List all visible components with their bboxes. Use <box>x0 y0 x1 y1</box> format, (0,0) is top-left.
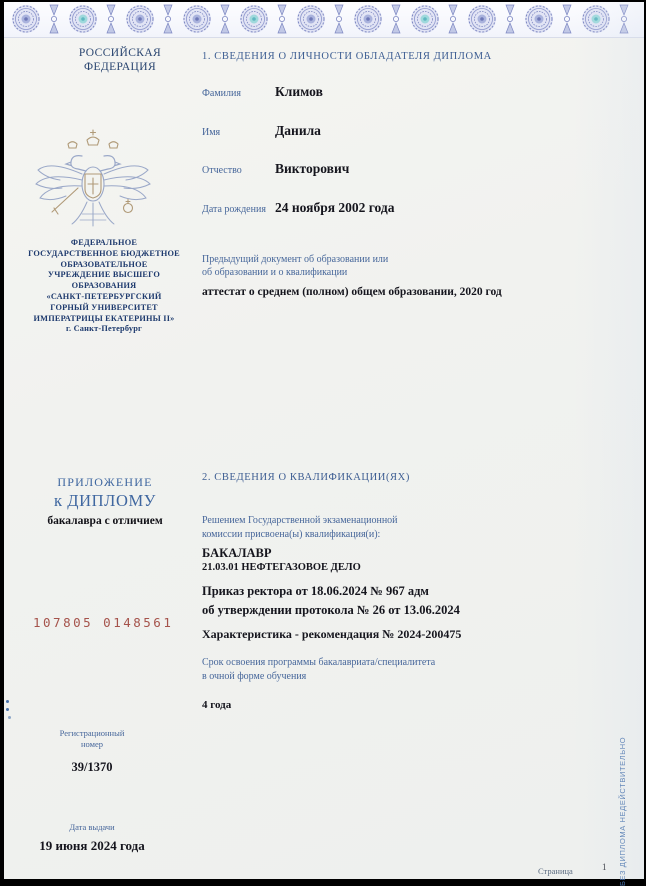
section2-title: 2. СВЕДЕНИЯ О КВАЛИФИКАЦИИ(ЯХ) <box>202 472 410 483</box>
field-value: 24 ноября 2002 года <box>275 200 395 216</box>
institution-line: ГОРНЫЙ УНИВЕРСИТЕТ <box>16 303 192 314</box>
institution-line: ИМПЕРАТРИЦЫ ЕКАТЕРИНЫ II» <box>16 314 192 325</box>
program-code-and-name: 21.03.01 НЕФТЕГАЗОВОЕ ДЕЛО <box>202 562 361 573</box>
field-value: Данила <box>275 123 321 139</box>
field-label: Фамилия <box>202 88 275 99</box>
field-firstname: Имя Данила <box>202 123 602 162</box>
state-emblem <box>30 126 156 243</box>
section1-title: 1. СВЕДЕНИЯ О ЛИЧНОСТИ ОБЛАДАТЕЛЯ ДИПЛОМ… <box>202 51 492 62</box>
page-label: Страница <box>538 866 573 876</box>
country-line2: ФЕДЕРАЦИЯ <box>34 60 206 74</box>
personal-fields: Фамилия Климов Имя Данила Отчество Викто… <box>202 84 602 238</box>
diploma-supplement-page: РОССИЙСКАЯ ФЕДЕРАЦИЯ <box>4 2 644 879</box>
field-patronymic: Отчество Викторович <box>202 161 602 200</box>
issue-date-label: Дата выдачи <box>26 822 158 832</box>
supplement-word: ПРИЛОЖЕНИЕ <box>24 475 186 490</box>
guilloche-pattern-svg <box>4 2 644 37</box>
program-duration-value: 4 года <box>202 699 231 711</box>
invalid-without-diploma-note: БЕЗ ДИПЛОМА НЕДЕЙСТВИТЕЛЬНО <box>618 738 627 886</box>
country-line1: РОССИЙСКАЯ <box>34 46 206 60</box>
field-label: Имя <box>202 127 275 138</box>
form-serial-number: 107805 0148561 <box>33 615 173 630</box>
rector-order-text: Приказ ректора от 18.06.2024 № 967 адм о… <box>202 582 460 619</box>
double-headed-eagle-icon <box>30 126 156 238</box>
field-surname: Фамилия Климов <box>202 84 602 123</box>
institution-line: ГОСУДАРСТВЕННОЕ БЮДЖЕТНОЕ <box>16 249 192 260</box>
degree-with-honours: бакалавра с отличием <box>24 515 186 527</box>
institution-name: ФЕДЕРАЛЬНОЕ ГОСУДАРСТВЕННОЕ БЮДЖЕТНОЕ ОБ… <box>16 238 192 335</box>
program-duration-label: Срок освоения программы бакалавриата/спе… <box>202 656 435 683</box>
country-name: РОССИЙСКАЯ ФЕДЕРАЦИЯ <box>34 46 206 74</box>
supplement-title: ПРИЛОЖЕНИЕ к ДИПЛОМУ бакалавра с отличие… <box>24 475 186 527</box>
field-value: Климов <box>275 84 323 100</box>
institution-line: ОБРАЗОВАНИЯ <box>16 281 192 292</box>
field-label: Дата рождения <box>202 204 275 215</box>
institution-line: ОБРАЗОВАТЕЛЬНОЕ <box>16 260 192 271</box>
commission-decision-text: Решением Государственной экзаменационной… <box>202 514 398 541</box>
institution-line: «САНКТ-ПЕТЕРБУРГСКИЙ <box>16 292 192 303</box>
registration-number-label: Регистрационный номер <box>26 728 158 750</box>
recommendation-text: Характеристика - рекомендация № 2024-200… <box>202 627 461 642</box>
guilloche-border <box>4 2 644 38</box>
scan-artifact <box>6 700 9 703</box>
field-value: Викторович <box>275 161 349 177</box>
page-number: 1 <box>602 862 607 872</box>
field-label: Отчество <box>202 165 275 176</box>
qualification-value: БАКАЛАВР <box>202 546 272 561</box>
supplement-to-diploma: к ДИПЛОМУ <box>24 491 186 511</box>
institution-line: г. Санкт-Петербург <box>16 324 192 335</box>
previous-document-value: аттестат о среднем (полном) общем образо… <box>202 286 502 298</box>
previous-document-label: Предыдущий документ об образовании или о… <box>202 253 388 279</box>
institution-line: ФЕДЕРАЛЬНОЕ <box>16 238 192 249</box>
registration-number-value: 39/1370 <box>26 760 158 775</box>
field-birthdate: Дата рождения 24 ноября 2002 года <box>202 200 602 239</box>
issue-date-value: 19 июня 2024 года <box>16 838 168 854</box>
institution-line: УЧРЕЖДЕНИЕ ВЫСШЕГО <box>16 270 192 281</box>
